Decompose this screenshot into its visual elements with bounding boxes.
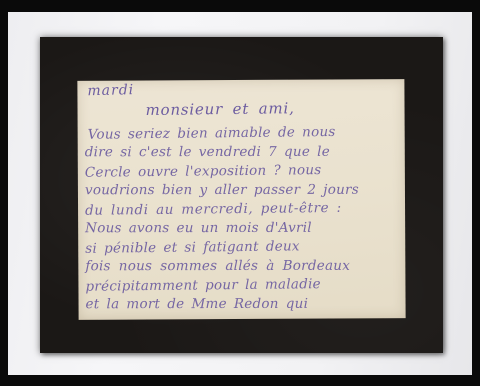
letter-line: précipitamment pour la maladie (85, 274, 401, 297)
letter-line: et la mort de Mme Redon qui (86, 295, 402, 315)
letter-line: Vous seriez bien aimable de nous (88, 122, 401, 145)
letter-dateline: mardi (87, 82, 134, 99)
letter-line: voudrions bien y aller passer 2 jours (85, 181, 401, 201)
letter-line: fois nous sommes allés à Bordeaux (85, 257, 401, 277)
letter-line: du lundi au mercredi, peut-être : (85, 198, 401, 221)
letter-body: Vous seriez bien aimable de nous dire si… (85, 123, 402, 315)
letter-line: Cercle ouvre l'exposition ? nous (85, 160, 401, 183)
letter-salutation: monsieur et ami, (145, 99, 294, 119)
letter-line: si pénible et si fatigant deux (85, 236, 401, 259)
letter-line: dire si c'est le vendredi 7 que le (85, 143, 401, 163)
letter-photograph: mardi monsieur et ami, Vous seriez bien … (0, 0, 480, 386)
letter-card: mardi monsieur et ami, Vous seriez bien … (77, 79, 405, 320)
letter-line: Nous avons eu un mois d'Avril (85, 219, 401, 239)
